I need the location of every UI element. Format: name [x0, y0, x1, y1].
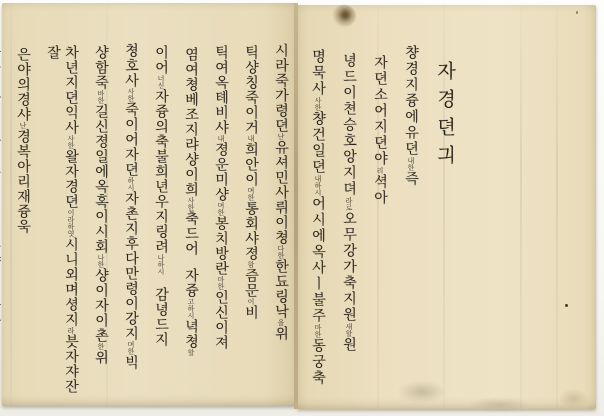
column-text: 졍운미샹: [213, 142, 229, 202]
interlinear-gloss: 다한: [277, 245, 285, 259]
text-column: 자즁뎌하ㅣ비합이죽사한예뎍이죽챵샤아탄아녕ㄹ시한: [0, 39, 2, 406]
text-column: 명묵사사한챵건일뎐내하시어시에옥사ㅣ불주마한동궁축: [309, 43, 327, 386]
interlinear-gloss: 며한: [127, 341, 135, 355]
column-text: 동궁축: [310, 338, 326, 386]
text-column: 쳥호사사한죽이어자뎐하시자촌지후다만령이강지며한빅: [122, 39, 140, 406]
interlinear-gloss: 사한: [314, 97, 322, 111]
title-column: 자경뎐긔: [434, 43, 456, 386]
interlinear-gloss: 며한: [217, 202, 225, 216]
interlinear-gloss: 리: [376, 167, 384, 174]
column-text: 은야의경샤: [15, 47, 31, 122]
interlinear-gloss: 을: [277, 319, 285, 326]
column-text: 위: [273, 326, 289, 341]
text-column: 샹함죽바한길신졍일에옥혹이시회나한샹이자이촌한위: [92, 39, 110, 406]
interlinear-gloss: 나하시: [157, 254, 165, 275]
left-page-text-block: 시라죽가령뎐난유셔민사뤼이쳥다한한됴링낙을위틱샹칭죽이거내희안이며한통회샤졍함즘…: [0, 39, 290, 406]
interlinear-gloss: 함: [247, 261, 255, 268]
interlinear-gloss: 난: [277, 133, 285, 140]
interlinear-gloss: 바한: [97, 90, 105, 104]
interlinear-gloss: 할: [187, 349, 195, 356]
interlinear-gloss: 이라하엿: [67, 209, 75, 237]
column-text: 틱샹칭죽이거: [243, 45, 259, 135]
column-text: 경복아리재즁욱: [15, 129, 31, 234]
column-text: 즉: [403, 171, 419, 187]
column-text: 죽이어자뎐: [123, 102, 139, 177]
page-left: 시라죽가령뎐난유셔민사뤼이쳥다한한됴링낙을위틱샹칭죽이거내희안이며한통회샤졍함즘…: [2, 3, 296, 406]
column-text: 쳥호사: [123, 43, 139, 88]
column-text: 자뎐소어지뎐야: [372, 55, 388, 167]
honorific-text-gap: [161, 275, 162, 287]
column-text: 빅: [123, 355, 139, 370]
interlinear-gloss: 내: [247, 135, 255, 142]
interlinear-gloss: 이: [247, 298, 255, 305]
column-text: 염여쳥베조지랴샹이희: [183, 47, 199, 197]
text-column: 은야의경샤난경복아리재즁욱: [14, 39, 32, 406]
interlinear-gloss: 마한: [217, 276, 225, 290]
interlinear-gloss: 나한: [97, 254, 105, 268]
column-text: 통회샤졍: [243, 201, 259, 261]
column-text: 즘문: [243, 268, 259, 298]
column-text: 어시에옥사ㅣ불주: [310, 196, 326, 324]
column-text: 자즁: [183, 268, 199, 298]
paper-crease: [520, 5, 522, 409]
interlinear-gloss: 사한: [127, 88, 135, 102]
column-text: 시라죽가령뎐: [273, 43, 289, 133]
column-text: 탄아: [0, 299, 1, 329]
column-text: 챵경지즁에유뎐: [403, 45, 419, 157]
interlinear-gloss: 새할: [345, 323, 353, 337]
interlinear-gloss: 며한: [247, 187, 255, 201]
column-text: 위: [93, 350, 109, 365]
column-text: 자경뎐긔: [434, 61, 456, 173]
column-text: 자즁의축불희년우지링려: [153, 89, 169, 254]
interlinear-gloss: 라로: [345, 197, 353, 211]
column-text: 명묵사: [310, 49, 326, 97]
column-text: 비: [243, 305, 259, 320]
right-page-text-block: 자경뎐긔챵경지즁에유뎐내한즉자뎐소어지뎐야리셕아녕드이쳔승호앙지뎌라로오무강가축…: [296, 43, 456, 386]
column-text: 챵건일뎐: [310, 111, 326, 175]
paper-crease: [556, 5, 558, 409]
interlinear-gloss: 내한: [407, 157, 415, 171]
interlinear-gloss: 내: [217, 135, 225, 142]
book-gutter-fold: [294, 3, 298, 409]
column-text: 샹함죽: [93, 45, 109, 90]
column-text: 틱여옥톄비샤: [213, 45, 229, 135]
interlinear-gloss: 너신: [157, 75, 165, 89]
honorific-text-gap: [191, 256, 192, 268]
text-column: 틱여옥톄비샤내졍운미샹며한봉치방란마한인신이져: [212, 39, 230, 406]
text-column: 시라죽가령뎐난유셔민사뤼이쳥다한한됴링낙을위: [272, 39, 290, 406]
text-column: 틱샹칭죽이거내희안이며한통회샤졍함즘문이비: [242, 39, 260, 406]
page-right: 자경뎐긔챵경지즁에유뎐내한즉자뎐소어지뎐야리셕아녕드이쳔승호앙지뎌라로오무강가축…: [297, 5, 596, 409]
column-text: 샹이자이촌: [93, 268, 109, 343]
interlinear-gloss: 내하시: [314, 175, 322, 196]
interlinear-gloss: 마한: [314, 324, 322, 338]
text-column: 챵경지즁에유뎐내한즉: [402, 43, 420, 386]
column-text: 자즁뎌하ㅣ비합이죽: [0, 45, 1, 180]
column-text: 오무강가축지원: [341, 211, 357, 323]
column-text: 시니외며셩지: [63, 237, 79, 327]
interlinear-gloss: 사한: [187, 197, 195, 211]
interlinear-gloss: 난: [19, 122, 27, 129]
column-text: 희안이: [243, 142, 259, 187]
column-text: 한됴링낙: [273, 259, 289, 319]
column-text: 녁쳥: [183, 319, 199, 349]
interlinear-gloss: 라: [67, 327, 75, 334]
column-text: 차년지뎐익사: [63, 45, 79, 135]
column-text: 감녕드지: [153, 287, 169, 347]
column-text: 길신졍일에옥혹이시회: [93, 104, 109, 254]
interlinear-gloss: 한: [97, 343, 105, 350]
column-text: 왈자경뎐: [63, 149, 79, 209]
text-column: 차년지뎐익사사한왈자경뎐이라하엿시니외며셩지라븟자쟈잔잘: [44, 39, 80, 406]
column-text: 셕아: [372, 174, 388, 206]
column-text: 봉치방란: [213, 216, 229, 276]
column-text: 예뎍이죽챵: [0, 194, 1, 269]
column-text: 인신이져: [213, 290, 229, 350]
column-text: 축드어: [183, 211, 199, 256]
column-text: 녕: [0, 341, 1, 356]
interlinear-gloss: 하시: [127, 177, 135, 191]
manuscript-photo: 시라죽가령뎐난유셔민사뤼이쳥다한한됴링낙을위틱샹칭죽이거내희안이며한통회샤졍함즘…: [0, 0, 604, 416]
text-column: 염여쳥베조지랴샹이희사한축드어자즁고하시녁쳥할: [182, 39, 200, 406]
column-text: 원: [341, 337, 357, 353]
column-text: 자촌지후다만령이강지: [123, 191, 139, 341]
interlinear-gloss: 사한: [67, 135, 75, 149]
column-text: 이어: [153, 45, 169, 75]
text-column: 자뎐소어지뎐야리셕아: [371, 43, 389, 386]
interlinear-gloss: 고하시: [187, 298, 195, 319]
text-column: 녕드이쳔승호앙지뎌라로오무강가축지원새할원: [340, 43, 358, 386]
column-text: 녕드이쳔승호앙지뎌: [341, 53, 357, 197]
text-column: 이어너신자즁의축불희년우지링려나하시감녕드지: [152, 39, 170, 406]
column-text: 유셔민사뤼이쳥: [273, 140, 289, 245]
